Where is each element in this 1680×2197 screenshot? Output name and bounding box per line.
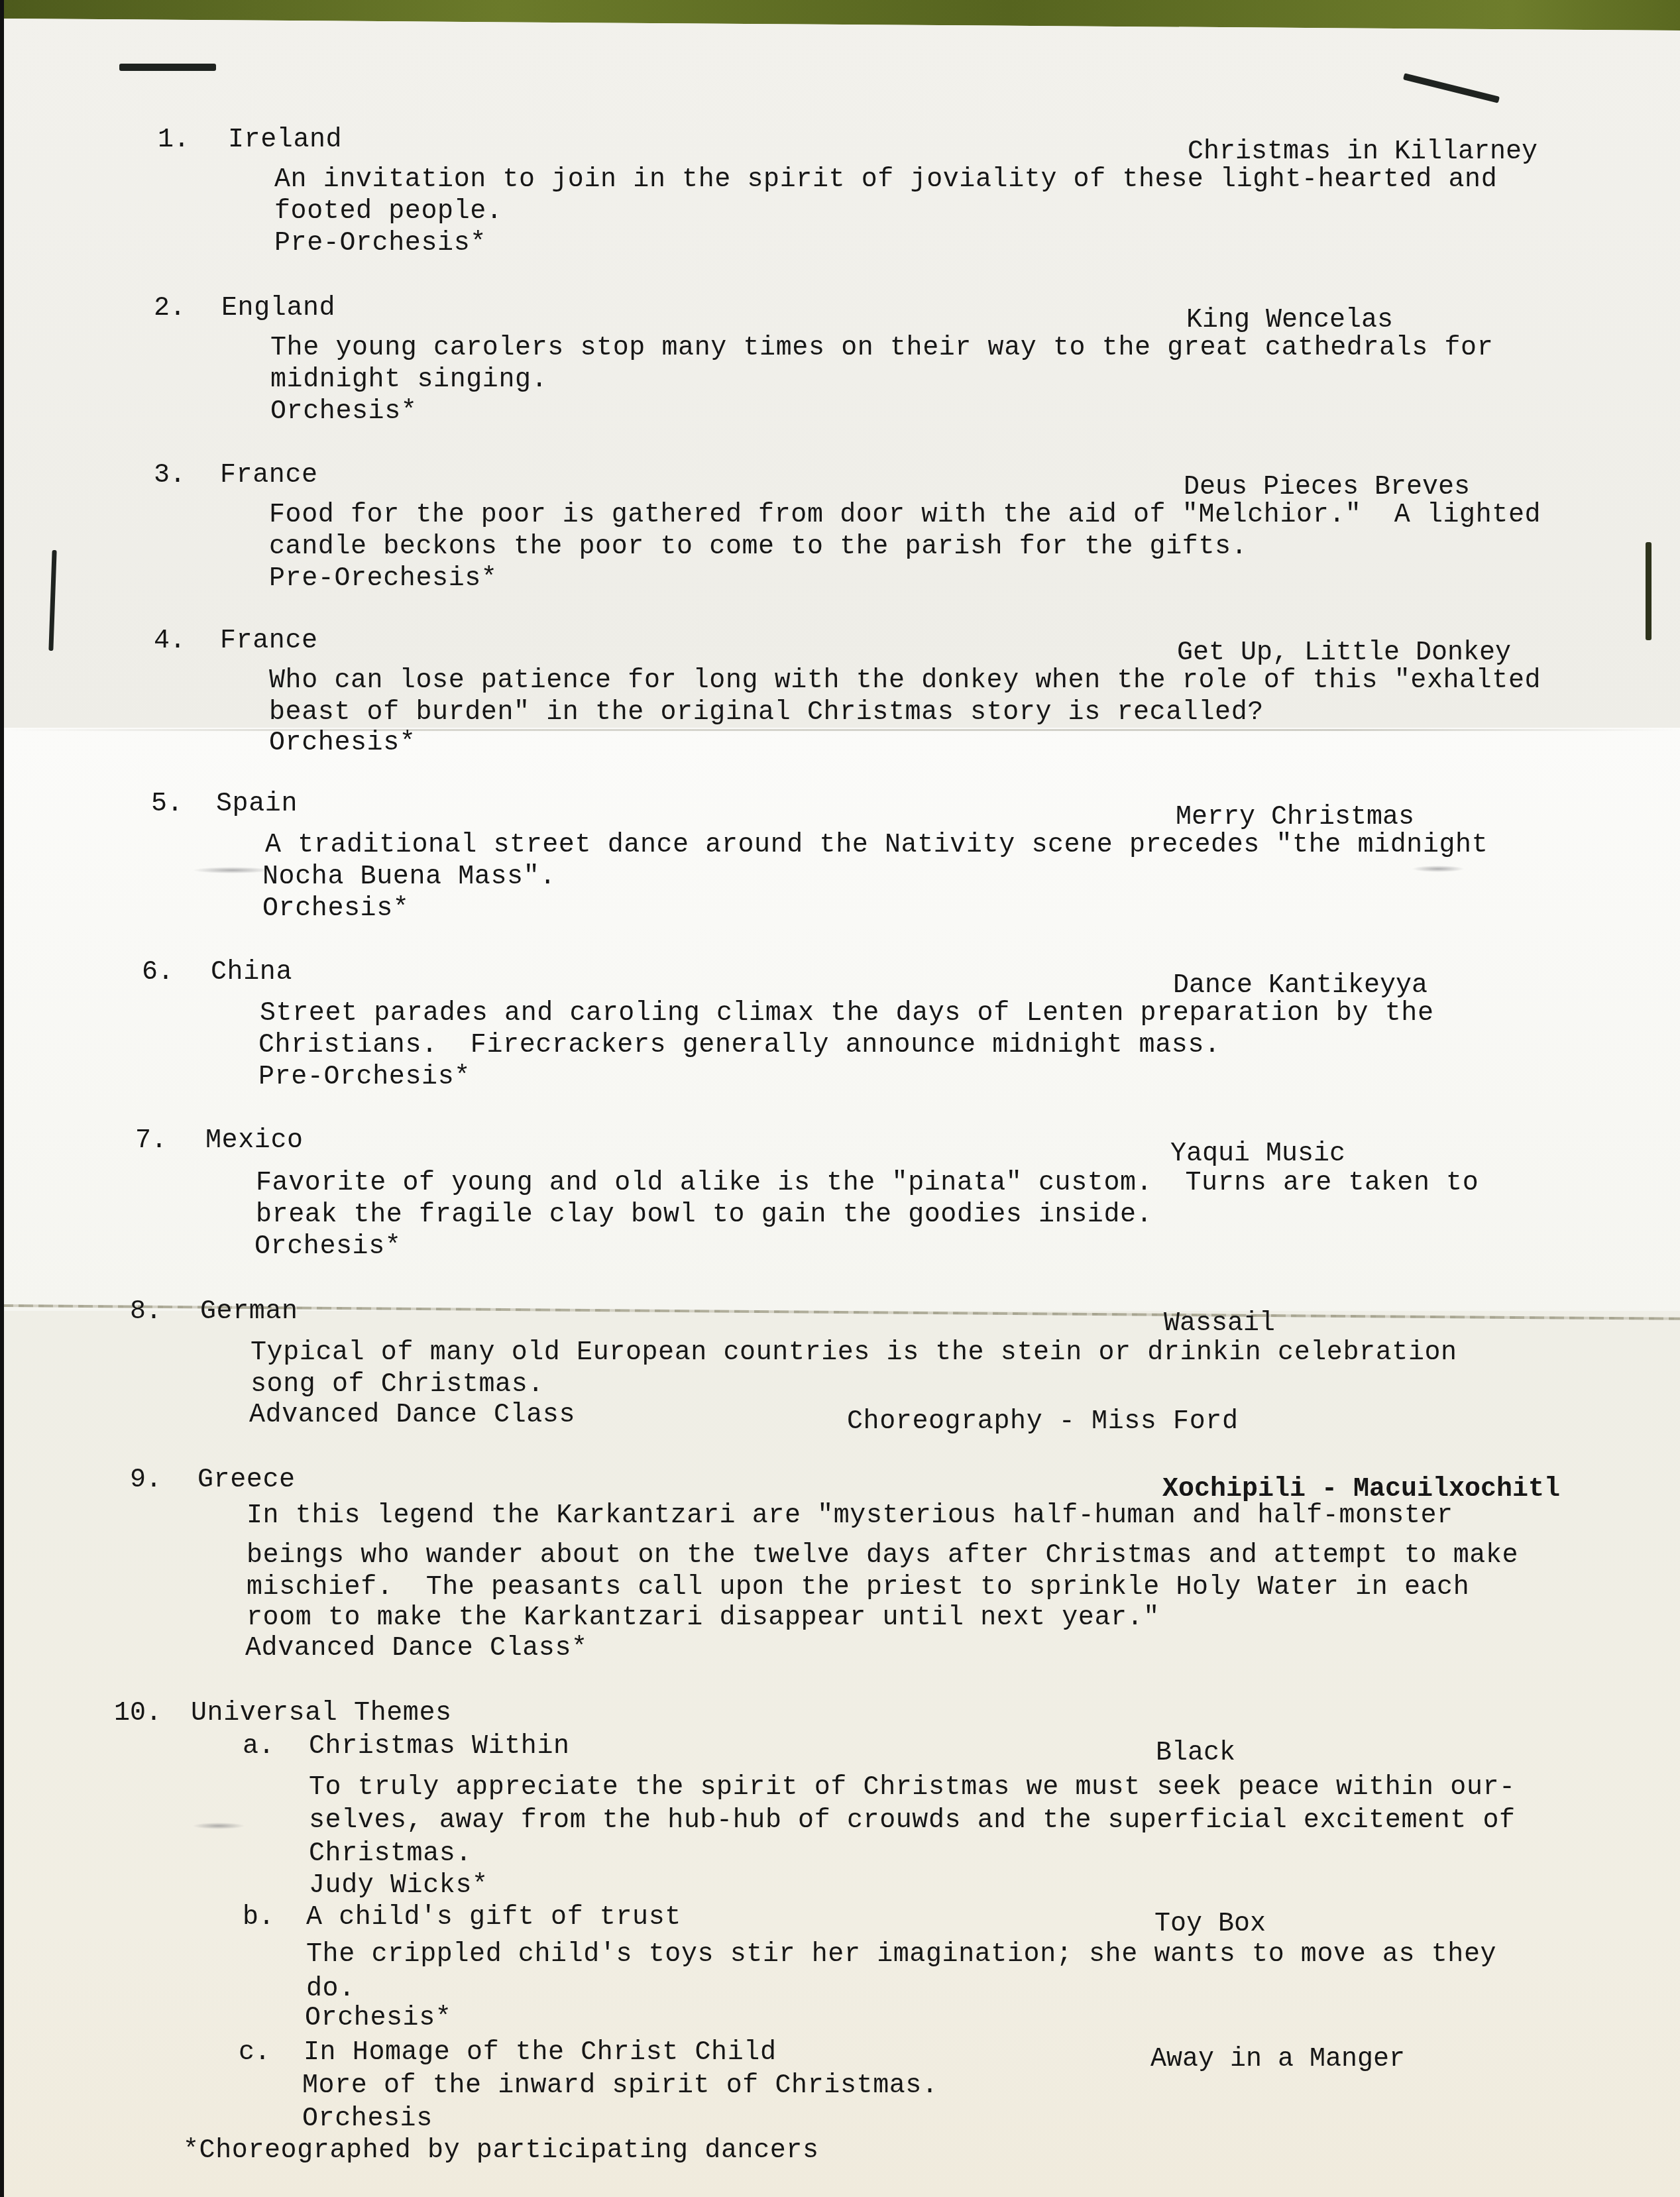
- item-description-line: mischief. The peasants call upon the pri…: [247, 1572, 1469, 1604]
- subitem-description-line: selves, away from the hub-hub of crouwds…: [309, 1805, 1516, 1837]
- item-country: France: [220, 626, 318, 657]
- item-number: 3.: [154, 460, 186, 492]
- subitem-title: In Homage of the Christ Child: [304, 2037, 777, 2069]
- item-group: Pre-Orchesis*: [274, 228, 486, 260]
- item-group: Pre-Orchesis*: [258, 1062, 471, 1094]
- subitem-letter: a.: [243, 1731, 274, 1763]
- subitem-description-line: Christmas.: [309, 1838, 472, 1870]
- item-description-line: beings who wander about on the twelve da…: [247, 1540, 1518, 1572]
- item-description-line: A traditional street dance around the Na…: [265, 830, 1488, 862]
- subitem-letter: b.: [243, 1902, 274, 1934]
- item-country: Mexico: [205, 1125, 304, 1157]
- item-country: Greece: [197, 1465, 296, 1496]
- item-group: Orchesis*: [262, 893, 409, 925]
- item-group: Advanced Dance Class*: [245, 1633, 588, 1665]
- item-group: Pre-Orechesis*: [269, 563, 497, 595]
- item-description-line: Who can lose patience for long with the …: [269, 665, 1541, 697]
- item-description-line: candle beckons the poor to come to the p…: [269, 532, 1247, 563]
- item-group: Advanced Dance Class: [249, 1400, 575, 1432]
- item-section-title: Universal Themes: [191, 1698, 452, 1730]
- item-music: King Wencelas: [1186, 305, 1393, 337]
- item-description-line: An invitation to join in the spirit of j…: [274, 164, 1497, 196]
- item-description-line: Food for the poor is gathered from door …: [269, 500, 1541, 532]
- item-country: German: [200, 1296, 298, 1328]
- subitem-title: Christmas Within: [309, 1731, 570, 1763]
- item-description-line: break the fragile clay bowl to gain the …: [256, 1200, 1152, 1231]
- subitem-music: Black: [1156, 1738, 1235, 1770]
- program-content: 1. Ireland Christmas in Killarney An inv…: [0, 0, 1680, 2197]
- item-music: Dance Kantikeyya: [1173, 970, 1428, 1002]
- item-number: 5.: [151, 789, 183, 820]
- subitem-music: Away in a Manger: [1150, 2044, 1405, 2076]
- item-country: England: [221, 293, 335, 325]
- item-number: 8.: [130, 1296, 162, 1328]
- item-music: Deus Pieces Breves: [1184, 472, 1470, 504]
- item-description-line: Typical of many old European countries i…: [251, 1337, 1457, 1369]
- subitem-title: A child's gift of trust: [306, 1902, 681, 1934]
- item-country: France: [220, 460, 318, 492]
- subitem-description-line: do.: [306, 1974, 355, 2005]
- item-group: Orchesis*: [270, 396, 417, 428]
- item-description-line: Nocha Buena Mass".: [262, 862, 556, 893]
- item-country: China: [211, 957, 292, 989]
- subitem-description-line: To truly appreciate the spirit of Christ…: [309, 1772, 1516, 1804]
- item-number: 7.: [135, 1125, 167, 1157]
- subitem-group: Judy Wicks*: [309, 1870, 488, 1902]
- item-country: Ireland: [228, 125, 342, 156]
- item-number: 1.: [158, 125, 190, 156]
- subitem-letter: c.: [239, 2037, 270, 2069]
- subitem-music: Toy Box: [1154, 1909, 1266, 1941]
- item-group: Orchesis*: [254, 1231, 401, 1263]
- item-music: Yaqui Music: [1170, 1139, 1345, 1170]
- item-choreography-credit: Choreography - Miss Ford: [847, 1406, 1239, 1438]
- item-description-line: footed people.: [274, 196, 502, 228]
- item-number: 4.: [154, 626, 186, 657]
- item-description-line: beast of burden" in the original Christm…: [269, 697, 1264, 729]
- item-description-line: song of Christmas.: [251, 1369, 544, 1401]
- item-description-line: Street parades and caroling climax the d…: [260, 998, 1433, 1030]
- item-music: Wassail: [1164, 1308, 1275, 1340]
- item-description-line: midnight singing.: [270, 365, 547, 396]
- item-number: 9.: [130, 1465, 162, 1496]
- subitem-group: Orchesis: [302, 2104, 433, 2135]
- item-music: Get Up, Little Donkey: [1177, 638, 1511, 669]
- subitem-group: Orchesis*: [305, 2003, 451, 2035]
- item-country: Spain: [216, 789, 298, 820]
- subitem-description-line: The crippled child's toys stir her imagi…: [306, 1939, 1496, 1971]
- item-description-line: room to make the Karkantzari disappear u…: [247, 1603, 1160, 1634]
- footnote: *Choreographed by participating dancers: [183, 2135, 819, 2167]
- item-number: 6.: [142, 957, 174, 989]
- item-description-line: The young carolers stop many times on th…: [270, 333, 1493, 365]
- item-group: Orchesis*: [269, 728, 416, 760]
- item-number: 10.: [114, 1698, 162, 1730]
- item-music: Merry Christmas: [1176, 802, 1414, 834]
- item-description-line: Favorite of young and old alike is the "…: [256, 1168, 1479, 1200]
- item-number: 2.: [154, 293, 186, 325]
- item-description-line: In this legend the Karkantzari are "myst…: [247, 1500, 1453, 1532]
- item-music: Christmas in Killarney: [1188, 137, 1538, 168]
- item-description-line: Christians. Firecrackers generally annou…: [258, 1030, 1221, 1062]
- subitem-description-line: More of the inward spirit of Christmas.: [302, 2070, 938, 2102]
